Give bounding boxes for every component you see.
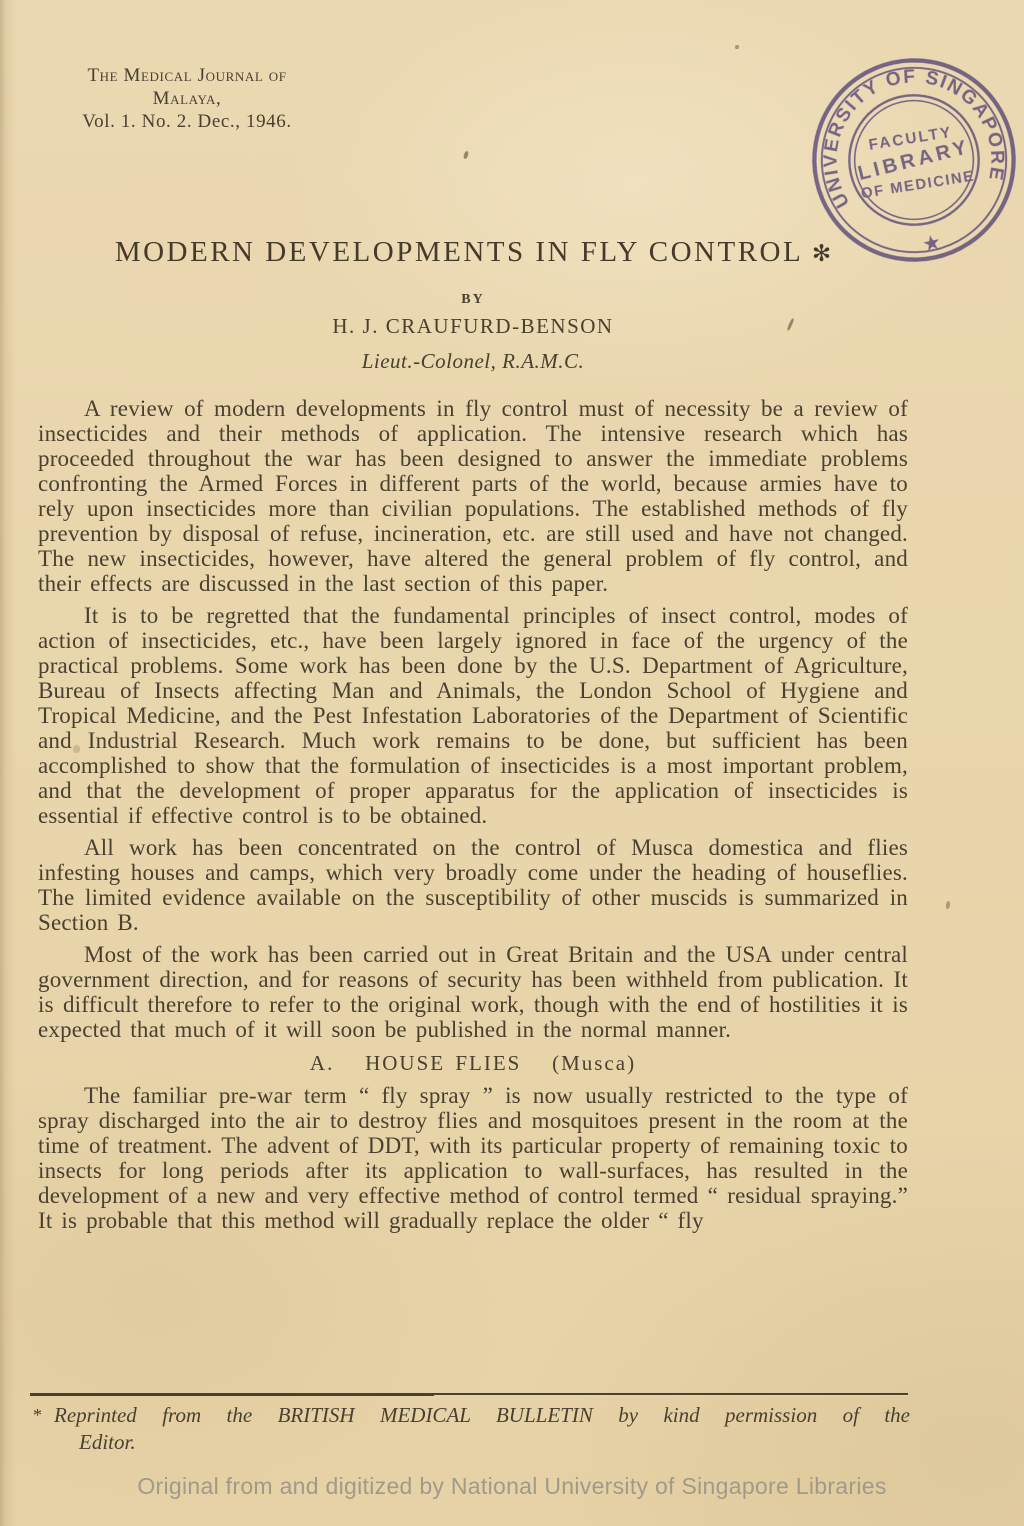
footnote-asterisk-icon: * bbox=[33, 1402, 54, 1429]
scan-speck bbox=[735, 45, 739, 49]
body-paragraph: All work has been concentrated on the co… bbox=[38, 835, 908, 935]
journal-name-line2: Malaya, bbox=[48, 87, 326, 110]
body-paragraph: A review of modern developments in fly c… bbox=[38, 396, 908, 596]
body-paragraph: Most of the work has been carried out in… bbox=[38, 942, 908, 1042]
digitization-watermark: Original from and digitized by National … bbox=[0, 1473, 1024, 1500]
footnote-line1: *Reprinted from the BRITISH MEDICAL BULL… bbox=[33, 1402, 910, 1429]
byline-label: BY bbox=[38, 292, 908, 308]
scan-speck bbox=[463, 151, 469, 160]
body-paragraph: The familiar pre-war term “ fly spray ” … bbox=[38, 1083, 908, 1233]
article-title: MODERN DEVELOPMENTS IN FLY CONTROL ✻ bbox=[38, 236, 908, 269]
footnote-text: Reprinted from the BRITISH MEDICAL BULLE… bbox=[54, 1402, 910, 1429]
section-heading: A. HOUSE FLIES (Musca) bbox=[38, 1051, 908, 1076]
article-title-text: MODERN DEVELOPMENTS IN FLY CONTROL bbox=[115, 236, 802, 268]
article-body: A review of modern developments in fly c… bbox=[38, 396, 908, 1233]
footnote: *Reprinted from the BRITISH MEDICAL BULL… bbox=[33, 1402, 910, 1456]
scan-speck bbox=[945, 901, 950, 910]
scan-speck bbox=[73, 745, 80, 753]
journal-name-line1: The Medical Journal of bbox=[48, 64, 326, 87]
journal-issue-line: Vol. 1. No. 2. Dec., 1946. bbox=[48, 110, 326, 133]
footnote-divider bbox=[30, 1393, 908, 1396]
author-name: H. J. CRAUFURD-BENSON bbox=[38, 314, 908, 339]
stamp-star-icon: ★ bbox=[922, 232, 943, 255]
footnote-line2: Editor. bbox=[79, 1430, 136, 1454]
body-paragraph: It is to be regretted that the fundament… bbox=[38, 603, 908, 828]
author-rank: Lieut.-Colonel, R.A.M.C. bbox=[38, 349, 908, 374]
journal-masthead: The Medical Journal of Malaya, Vol. 1. N… bbox=[48, 64, 326, 133]
title-footnote-asterisk-icon: ✻ bbox=[812, 241, 831, 267]
